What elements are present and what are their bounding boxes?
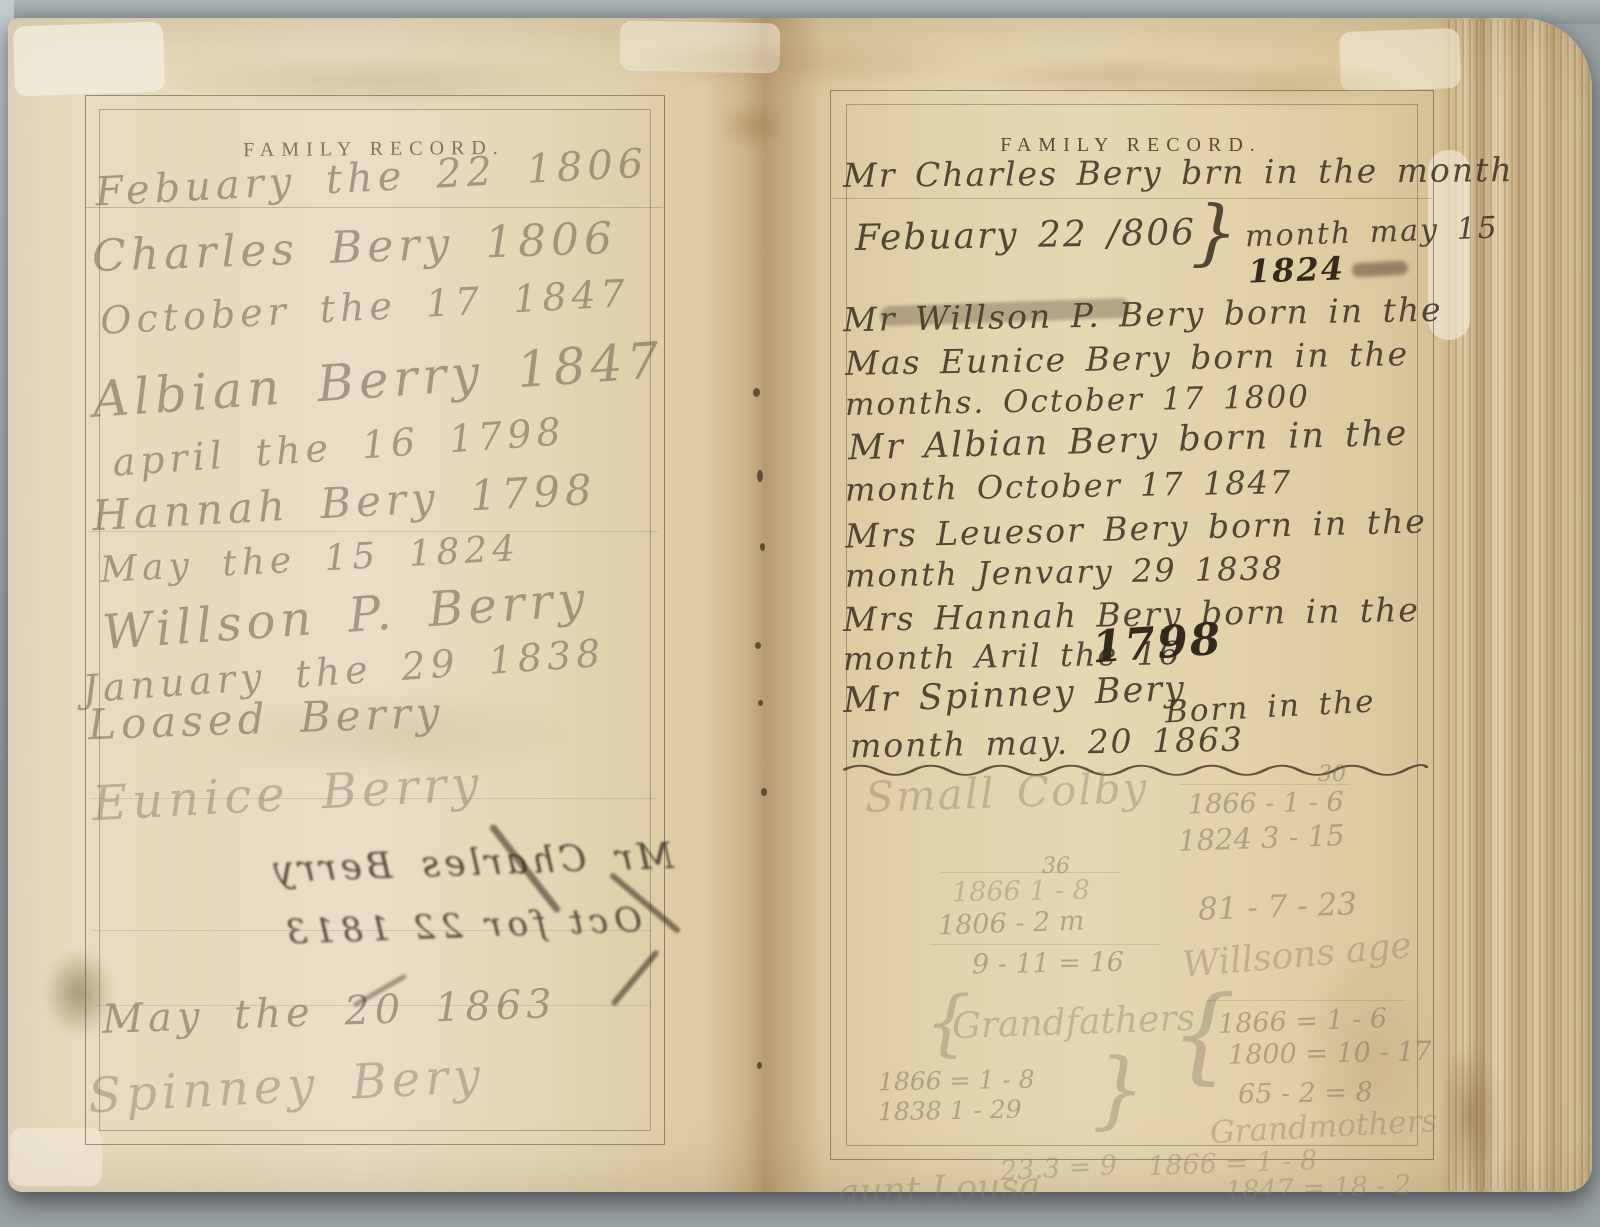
- handwriting-entry: Loased Berry: [87, 692, 445, 746]
- brace-glyph: }: [1191, 199, 1239, 265]
- pencil-note: 30: [1318, 764, 1346, 786]
- pencil-note: 1800 = 10 - 17: [1228, 1038, 1432, 1069]
- pencil-rule: [940, 872, 1120, 873]
- pencil-note: 23.3 = 9: [999, 1152, 1117, 1185]
- handwriting-entry: month may 15: [1245, 214, 1500, 253]
- torn-corner: [1339, 28, 1461, 92]
- pencil-note: 9 - 11 = 16: [972, 949, 1124, 979]
- pencil-note: 1866 = 1 - 6: [1218, 1005, 1388, 1038]
- pencil-note: 1806 - 2 m: [938, 907, 1085, 939]
- gutter-speck: [758, 700, 763, 706]
- handwriting-entry: Mas Eunice Bery born in the: [845, 337, 1410, 380]
- handwriting-entry: Febuary 22 /806: [855, 215, 1197, 257]
- pencil-note: 81 - 7 - 23: [1198, 889, 1358, 926]
- pencil-note: 1866 1 - 8: [952, 877, 1090, 906]
- pencil-note: 1866 - 1 - 6: [1188, 789, 1344, 819]
- handwriting-entry: 1824: [1247, 252, 1345, 287]
- brace-glyph: {: [925, 990, 971, 1055]
- gutter-speck: [755, 642, 761, 649]
- torn-edge: [620, 21, 781, 74]
- pencil-note: 1838 1 - 29: [878, 1097, 1022, 1125]
- gutter-speck: [760, 543, 765, 551]
- handwriting-entry: month may. 20 1863: [850, 723, 1245, 763]
- handwriting-entry: months. October 17 1800: [845, 382, 1311, 421]
- gutter-speck: [761, 788, 767, 796]
- ruled-line: [832, 198, 1432, 199]
- pencil-note: Small Colby: [864, 767, 1149, 819]
- torn-corner: [13, 21, 165, 96]
- pencil-rule: [930, 944, 1160, 945]
- gutter-speck: [757, 470, 763, 482]
- pencil-note: 65 - 2 = 8: [1238, 1079, 1373, 1108]
- gutter-speck: [753, 388, 760, 397]
- scanned-book-photo: FAMILY RECORD. FAMILY RECORD. Febuary th…: [0, 0, 1600, 1227]
- ink-smudge: [1352, 261, 1409, 278]
- pencil-note: Grandfathers: [951, 1001, 1195, 1045]
- pencil-note: 1847 = 18 - 2: [1225, 1172, 1412, 1205]
- gutter-speck: [757, 1062, 762, 1069]
- brace-glyph: {: [1170, 988, 1236, 1082]
- handwriting-entry: Mr Charles Bery brn in the month: [843, 153, 1514, 192]
- handwriting-entry: month October 17 1847: [845, 466, 1293, 506]
- brace-glyph: }: [1092, 1052, 1145, 1128]
- pencil-note: 1824 3 - 15: [1178, 821, 1346, 856]
- ink-showthrough-block: Mr Charles Berry Oct for 22 1813: [153, 836, 676, 957]
- handwriting-entry: 1798: [1091, 618, 1224, 671]
- handwriting-entry: month Jenvary 29 1838: [845, 552, 1285, 592]
- pencil-note: 1866 = 1 - 8: [878, 1067, 1035, 1095]
